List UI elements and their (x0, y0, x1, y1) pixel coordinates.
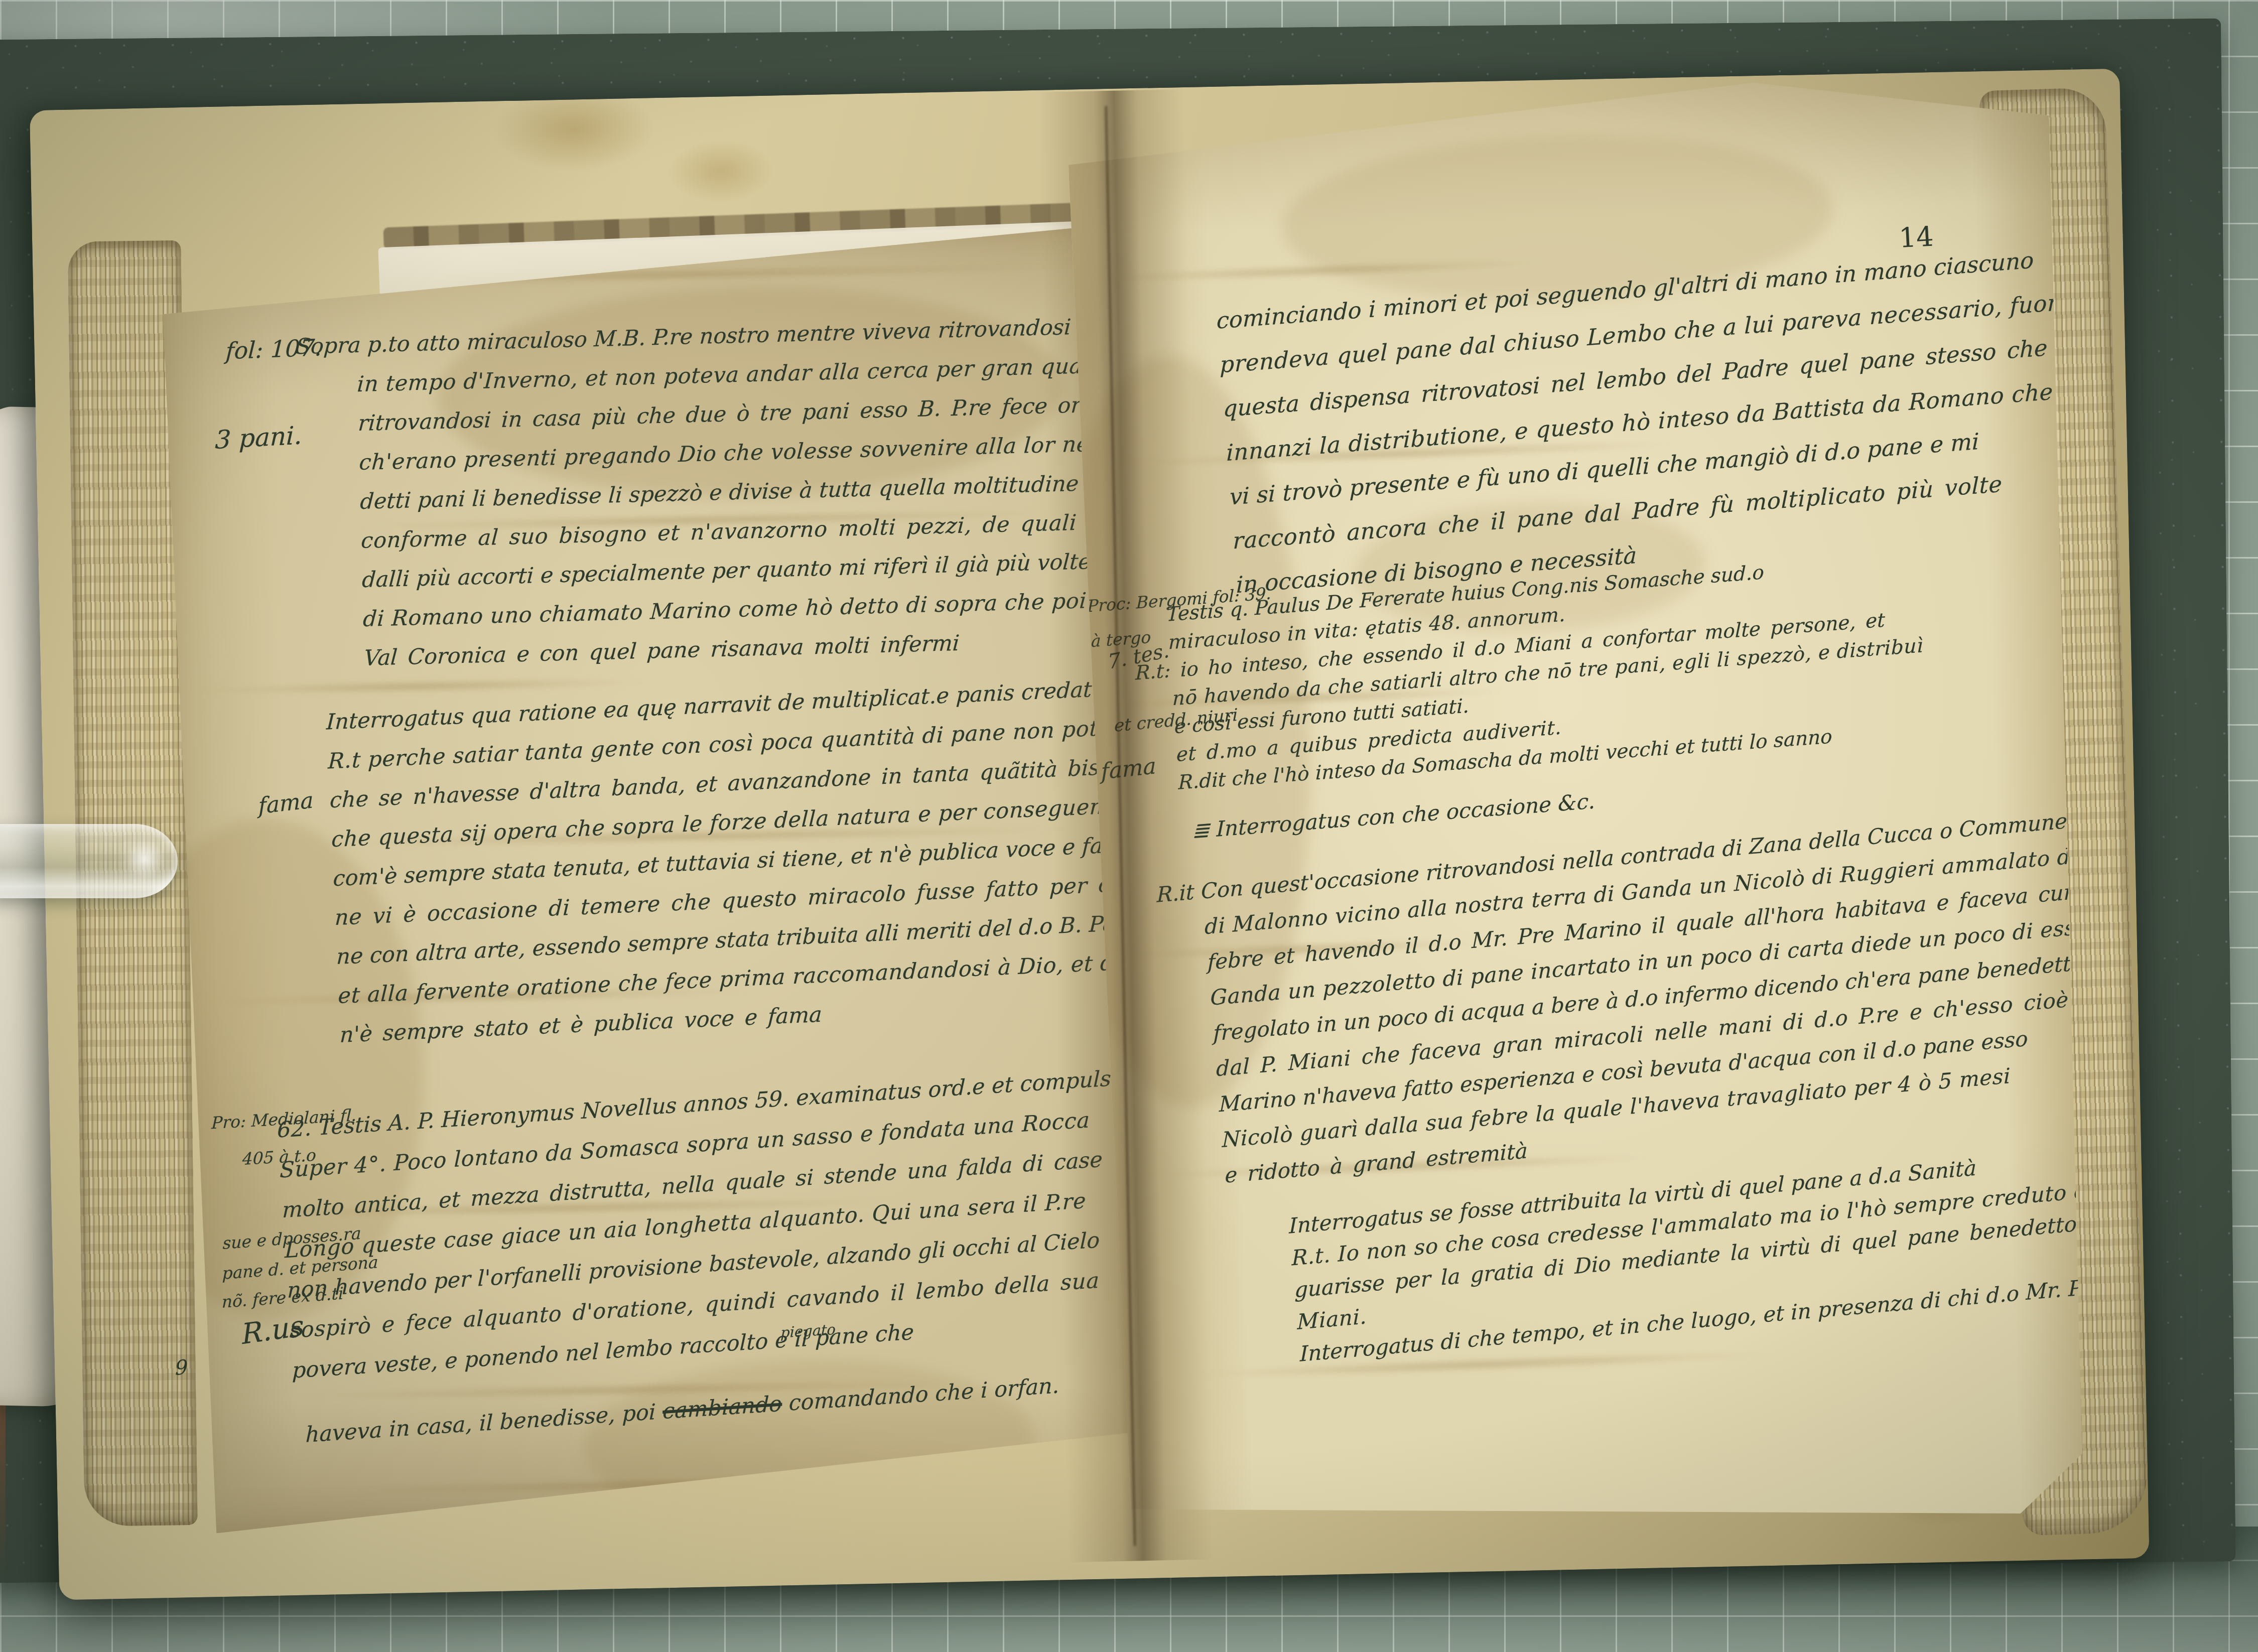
paragraph-bread-distribution: cominciando i minori et poi seguendo gl'… (1215, 231, 2099, 607)
stray-mark: 9 (175, 1355, 188, 1380)
margin-note-fama: fama (258, 787, 314, 819)
left-page: fol: 107. 3 pani. fama Pro: Mediolani fl… (157, 224, 1151, 1534)
paragraph-interrogatus-ratione: Interrogatus qua ratione ea quę narravit… (326, 662, 1151, 1055)
paragraph-miracle-of-bread: Sopra p.to atto miraculoso M.B. P.re nos… (356, 300, 1151, 678)
gutter-shadow (1038, 89, 1214, 1562)
interlinear-insertion: piegato (780, 1321, 836, 1341)
glass-weight (0, 824, 178, 898)
paragraph-nicolo-healing: R.it Con quest'occasione ritrovandosi ne… (1201, 796, 2099, 1193)
margin-note-3-pani: 3 pani. (215, 421, 303, 455)
right-page: 14 Proc: Bergomi fol: 39. à tergo 7. tes… (1067, 72, 2099, 1546)
archival-photograph: { "document": { "type": "manuscript code… (0, 0, 2258, 1652)
paragraph-testis-62: 62. Testis A. P. Hieronymus Novellus ann… (276, 1056, 1151, 1391)
manuscript-book: 9 fol: 107. 3 pani. fama Pro: Mediolani … (29, 56, 2149, 1600)
